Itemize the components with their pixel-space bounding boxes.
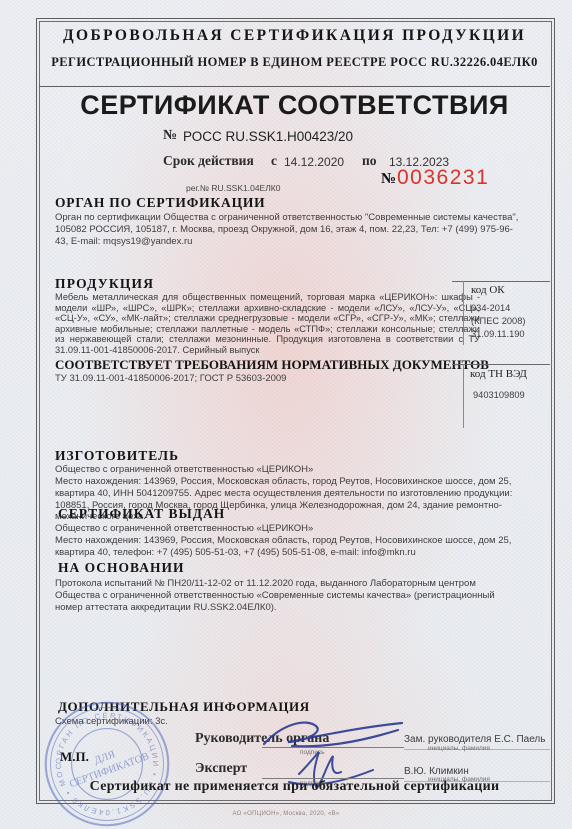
cert-number-sign: № [163, 128, 177, 144]
section-organ-body: Орган по сертификации Общества с огранич… [55, 212, 523, 247]
title-divider [39, 86, 550, 87]
mp-seal-label: М.П. [60, 749, 89, 765]
section-product-body: Мебель металлическая для общественных по… [55, 292, 480, 356]
validity-from-date: 14.12.2020 [284, 155, 344, 169]
code-ok-values: 034-2014 (КПЕС 2008) 31.09.11.190 [471, 302, 525, 341]
certificate-page: ДОБРОВОЛЬНАЯ СЕРТИФИКАЦИЯ ПРОДУКЦИИ РЕГИ… [0, 0, 572, 829]
signatory-role-expert: Эксперт [195, 761, 247, 777]
disclaimer-line: Сертификат не применяется при обязательн… [36, 779, 553, 795]
code-tnved-box-vline [463, 364, 464, 428]
section-manufacturer-heading: ИЗГОТОВИТЕЛЬ [55, 448, 179, 464]
section-product-heading: ПРОДУКЦИЯ [55, 276, 154, 292]
name-caption: инициалы, фамилия [428, 745, 490, 752]
validity-label: Срок действия [163, 153, 254, 169]
form-number-red: 0036231 [397, 166, 489, 190]
program-line: ДОБРОВОЛЬНАЯ СЕРТИФИКАЦИЯ ПРОДУКЦИИ [36, 27, 553, 45]
certificate-title: СЕРТИФИКАТ СООТВЕТСТВИЯ [36, 90, 553, 121]
section-conformity-body: ТУ 31.09.11-001-41850006-2017; ГОСТ Р 53… [55, 373, 455, 385]
basis-body: Протокола испытаний № ПН20/11-12-02 от 1… [55, 578, 515, 613]
code-tnved-box-line [452, 364, 550, 365]
code-ok-value: 31.09.11.190 [471, 328, 525, 341]
form-number-sign: № [381, 171, 396, 188]
code-ok-value: (КПЕС 2008) [471, 315, 525, 328]
code-ok-box-vline [463, 281, 464, 345]
registration-number-small: рег.№ RU.SSK1.04ЕЛК0 [186, 183, 280, 193]
code-tnved-label: код ТН ВЭД [470, 368, 527, 380]
manufacturer-company: Общество с ограниченной ответственностью… [55, 464, 525, 476]
section-basis-heading: НА ОСНОВАНИИ [58, 560, 184, 576]
section-organ-heading: ОРГАН ПО СЕРТИФИКАЦИИ [55, 195, 265, 211]
printer-imprint: АО «ОПЦИОН», Москва, 2020, «В» [0, 811, 572, 817]
registry-number-line: РЕГИСТРАЦИОННЫЙ НОМЕР В ЕДИНОМ РЕЕСТРЕ Р… [36, 55, 553, 70]
code-ok-value: 034-2014 [471, 302, 525, 315]
code-tnved-value: 9403109809 [473, 390, 525, 400]
section-conformity-heading: СООТВЕТСТВУЕТ ТРЕБОВАНИЯМ НОРМАТИВНЫХ ДО… [55, 357, 489, 373]
issued-company: Общество с ограниченной ответственностью… [55, 523, 525, 535]
validity-to-label: по [362, 153, 377, 169]
code-ok-label: код ОК [471, 284, 505, 296]
issued-address: Место нахождения: 143969, Россия, Москов… [55, 535, 533, 559]
validity-from-label: с [271, 153, 277, 169]
code-ok-box-line [452, 281, 550, 282]
cert-number-value: РОСС RU.SSK1.H00423/20 [183, 129, 353, 144]
signatory-name: Зам. руководителя Е.С. Паель [404, 734, 545, 745]
section-issued-heading: СЕРТИФИКАТ ВЫДАН [58, 506, 225, 522]
